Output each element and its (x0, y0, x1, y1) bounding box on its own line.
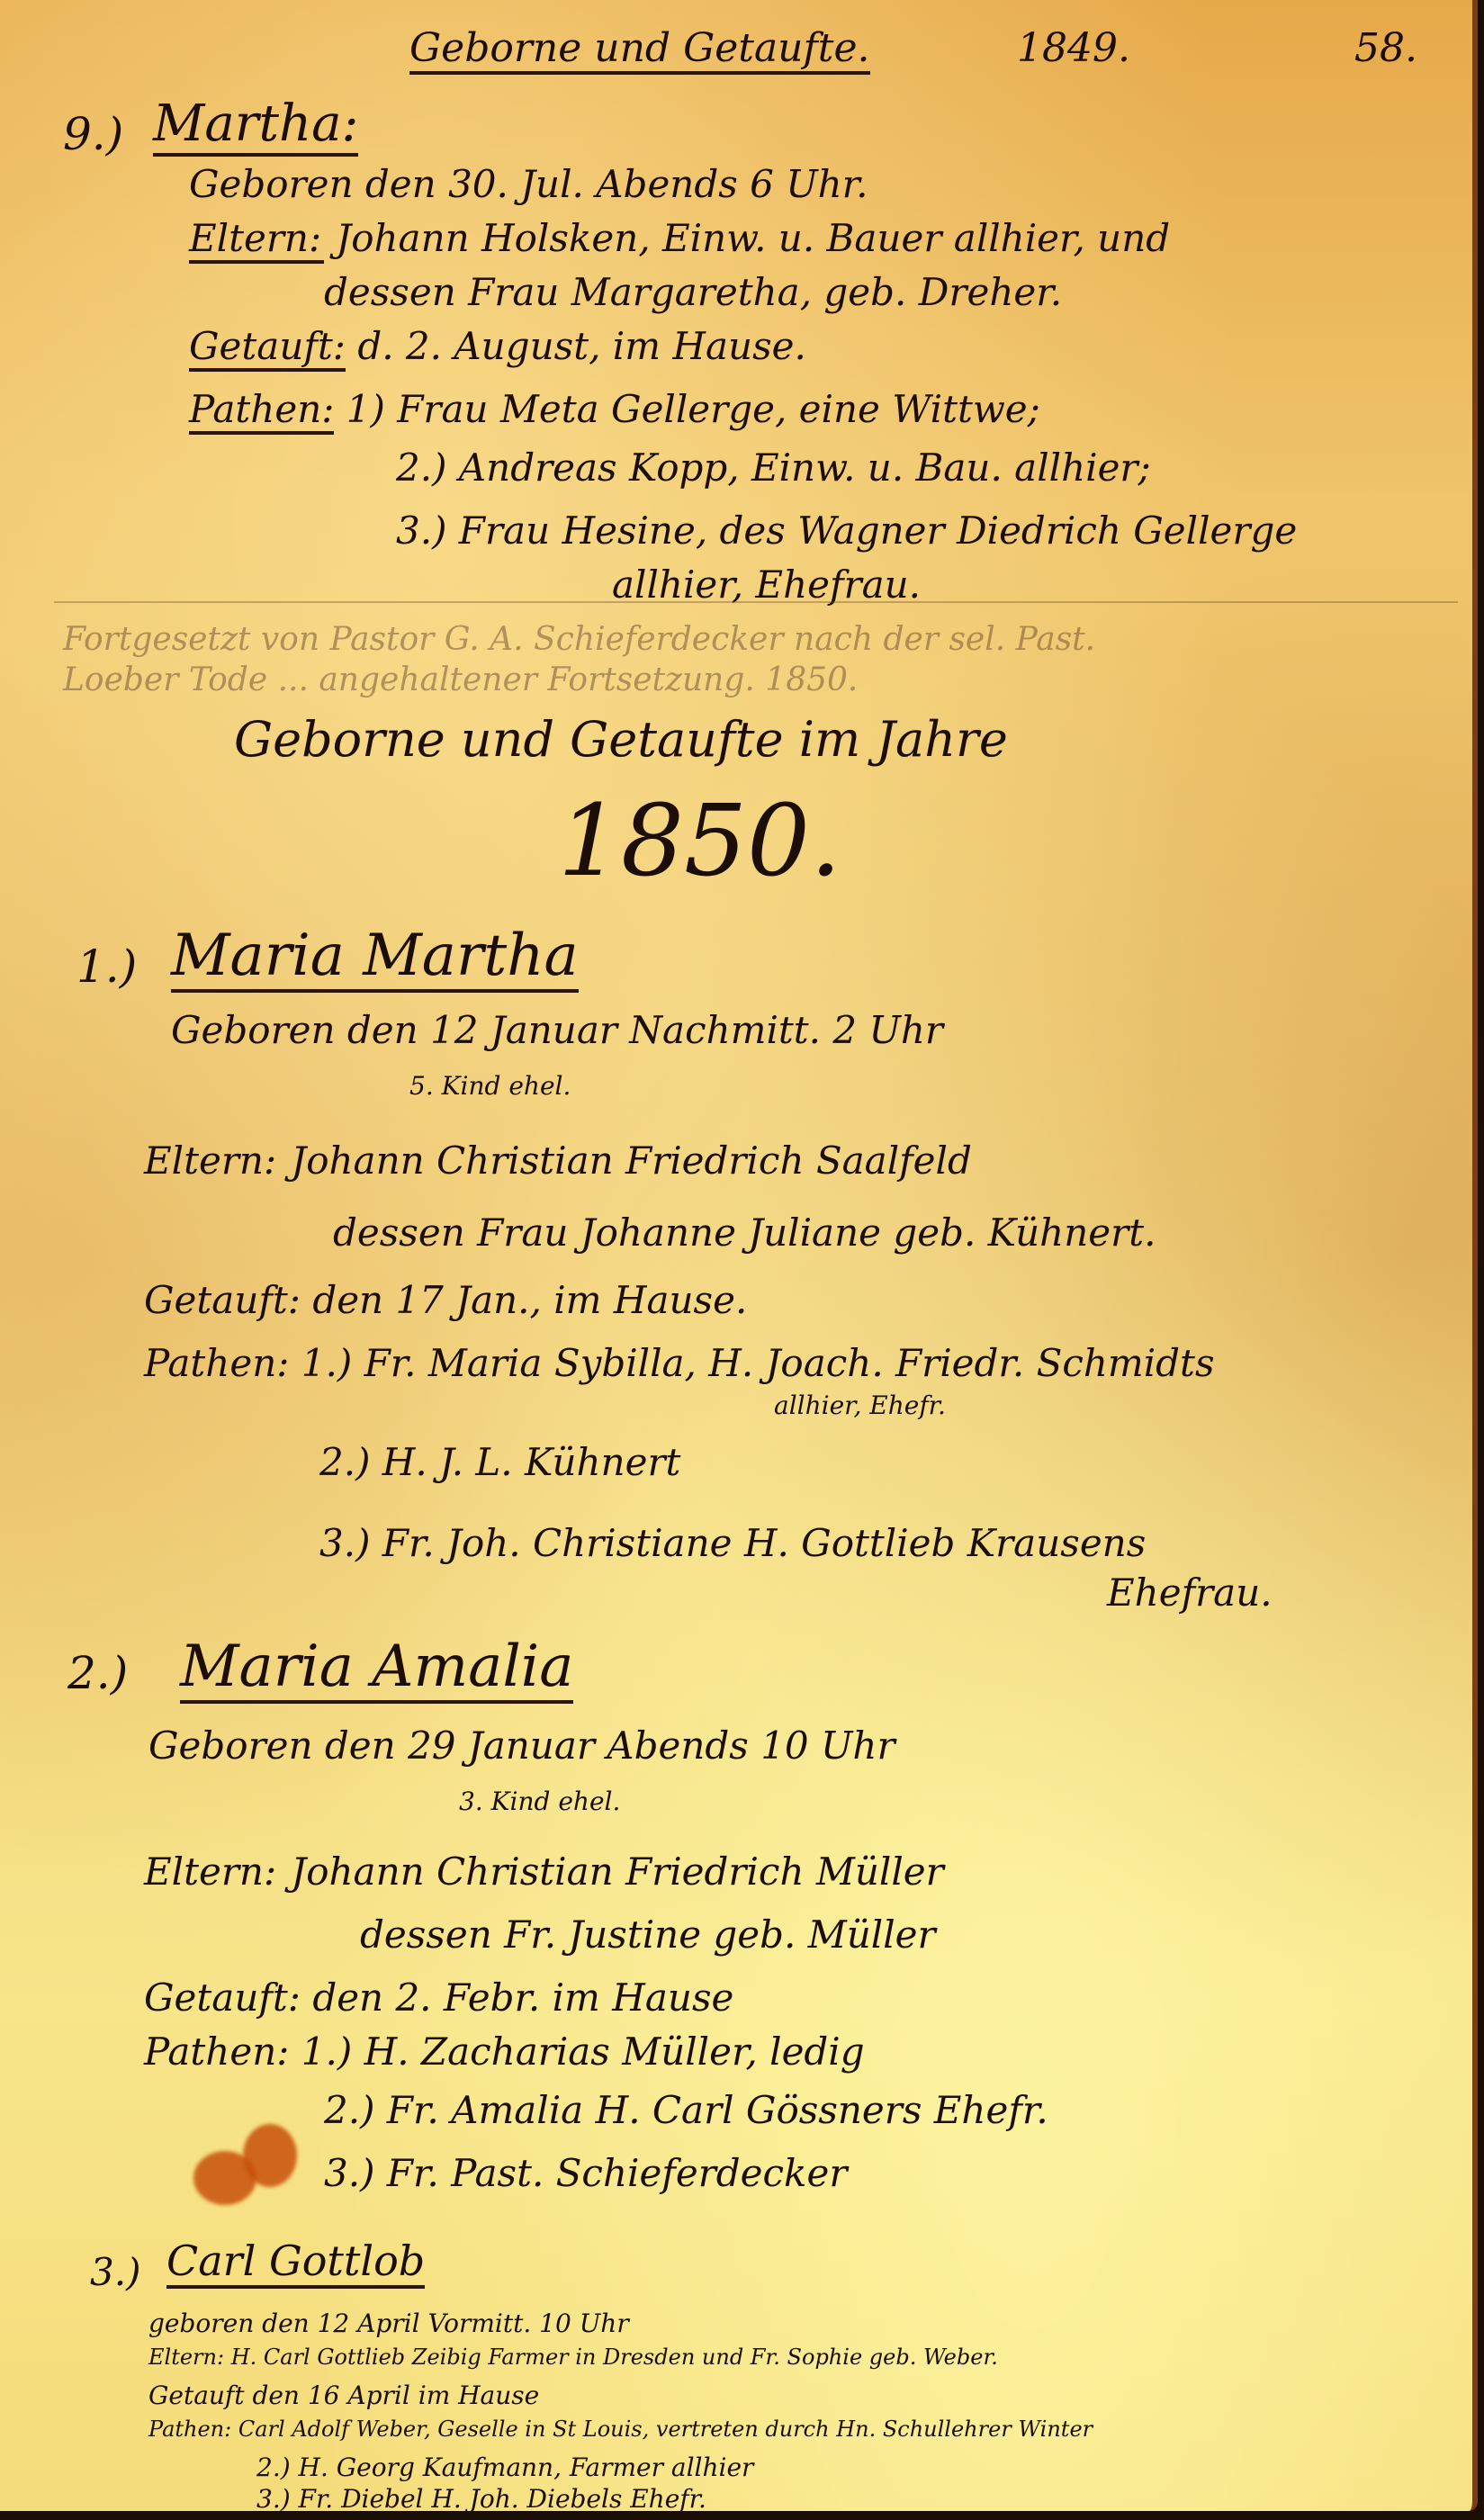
parents-label: Eltern: (148, 2344, 224, 2370)
baptized-row: Getauft den 16 April im Hause (148, 2380, 539, 2410)
register-page: Geborne und Getaufte. 1849. 58. 9.) Mart… (0, 0, 1478, 2511)
sponsor-3: 3.) Fr. Past. Schieferdecker (324, 2151, 847, 2195)
sponsors-label: Pathen: (148, 2416, 231, 2442)
baptized-value: den 16 April im Hause (252, 2380, 539, 2410)
sponsor-2: 2.) Fr. Amalia H. Carl Gössners Ehefr. (324, 2088, 1048, 2132)
parents-line-2: dessen Frau Margaretha, geb. Dreher. (324, 270, 1062, 314)
born-label: Geboren (148, 1723, 313, 1768)
sponsor-1: Carl Adolf Weber, Geselle in St Louis, v… (238, 2416, 1093, 2442)
sponsors-label: Pathen: (189, 387, 334, 435)
sponsors-label: Pathen: (144, 2029, 289, 2074)
parents-label: Eltern: (144, 1849, 279, 1894)
continuation-note-line-2: Loeber Tode ... angehaltener Fortsetzung… (63, 661, 858, 698)
ink-stain (243, 2124, 297, 2187)
baptized-value: den 17 Jan., im Hause. (312, 1278, 747, 1322)
baptized-label: Getauft: (144, 1278, 301, 1322)
born-label: Geboren (189, 162, 354, 206)
page-header-title: Geborne und Getaufte. (409, 25, 870, 75)
born-label: geboren (148, 2308, 254, 2338)
sponsors-row: Pathen: 1.) Fr. Maria Sybilla, H. Joach.… (144, 1341, 1215, 1385)
born-value: den 30. Jul. Abends 6 Uhr. (365, 162, 868, 206)
entry-number: 2.) (67, 1647, 128, 1699)
entry-name: Martha: (153, 94, 358, 157)
page-header-year: 1849. (1017, 25, 1130, 71)
section-year: 1850. (558, 783, 841, 898)
born-row: Geboren den 29 Januar Abends 10 Uhr (148, 1723, 895, 1768)
parents-value: H. Carl Gottlieb Zeibig Farmer in Dresde… (231, 2344, 998, 2370)
entry-name: Maria Martha (171, 922, 579, 993)
sponsor-1: 1.) H. Zacharias Müller, ledig (301, 2029, 865, 2074)
sponsor-3-cont: allhier, Ehefrau. (612, 562, 921, 607)
sponsor-3: 3.) Fr. Diebel H. Joh. Diebels Ehefr. (256, 2484, 706, 2514)
parents-label: Eltern: (189, 216, 324, 264)
baptized-label: Getauft: (189, 324, 346, 372)
baptized-row: Getauft: den 17 Jan., im Hause. (144, 1278, 747, 1322)
child-note: 3. Kind ehel. (459, 1786, 620, 1816)
baptized-label: Getauft: (144, 1975, 301, 2020)
born-row: Geboren den 30. Jul. Abends 6 Uhr. (189, 162, 868, 206)
entry-number: 3.) (90, 2250, 140, 2294)
parents-row: Eltern: H. Carl Gottlieb Zeibig Farmer i… (148, 2344, 998, 2370)
parents-row: Eltern: Johann Christian Friedrich Saalf… (144, 1138, 972, 1183)
sponsor-2: 2.) Andreas Kopp, Einw. u. Bau. allhier; (396, 445, 1151, 490)
sponsors-label: Pathen: (144, 1341, 289, 1385)
born-value: den 12 Januar Nachmitt. 2 Uhr (347, 1008, 943, 1052)
baptized-row: Getauft: den 2. Febr. im Hause (144, 1975, 733, 2020)
parents-row: Eltern: Johann Christian Friedrich Mülle… (144, 1849, 944, 1894)
born-label: Geboren (171, 1008, 336, 1052)
sponsors-row: Pathen: Carl Adolf Weber, Geselle in St … (148, 2416, 1093, 2442)
sponsor-3-cont: Ehefrau. (1107, 1570, 1273, 1615)
sponsor-1-cont: allhier, Ehefr. (774, 1390, 946, 1420)
section-divider (54, 601, 1458, 603)
entry-name: Maria Amalia (180, 1633, 573, 1704)
sponsors-row: Pathen: 1.) H. Zacharias Müller, ledig (144, 2029, 865, 2074)
child-note: 5. Kind ehel. (409, 1071, 571, 1101)
entry-number: 9.) (63, 108, 123, 160)
baptized-value: d. 2. August, im Hause. (357, 324, 806, 368)
parents-line-2: dessen Fr. Justine geb. Müller (360, 1912, 936, 1957)
page-number: 58. (1354, 25, 1417, 71)
born-value: den 12 April Vormitt. 10 Uhr (262, 2308, 629, 2338)
sponsor-2: 2.) H. J. L. Kühnert (319, 1440, 680, 1484)
sponsors-row: Pathen: 1) Frau Meta Gellerge, eine Witt… (189, 387, 1040, 435)
born-value: den 29 Januar Abends 10 Uhr (325, 1723, 895, 1768)
parents-value: Johann Holsken, Einw. u. Bauer allhier, … (336, 216, 1170, 260)
parents-value: Johann Christian Friedrich Saalfeld (291, 1138, 972, 1183)
born-row: geboren den 12 April Vormitt. 10 Uhr (148, 2308, 629, 2338)
section-heading: Geborne und Getaufte im Jahre (234, 711, 1008, 768)
baptized-value: den 2. Febr. im Hause (312, 1975, 733, 2020)
sponsor-3: 3.) Fr. Joh. Christiane H. Gottlieb Krau… (319, 1521, 1146, 1565)
continuation-note-line-1: Fortgesetzt von Pastor G. A. Schieferdec… (63, 621, 1095, 658)
baptized-row: Getauft: d. 2. August, im Hause. (189, 324, 806, 372)
sponsor-2: 2.) H. Georg Kaufmann, Farmer allhier (256, 2452, 753, 2482)
parents-label: Eltern: (144, 1138, 279, 1183)
entry-name: Carl Gottlob (166, 2236, 425, 2289)
parents-value: Johann Christian Friedrich Müller (291, 1849, 943, 1894)
sponsor-1: 1.) Fr. Maria Sybilla, H. Joach. Friedr.… (301, 1341, 1215, 1385)
entry-number: 1.) (76, 940, 137, 993)
sponsor-3: 3.) Frau Hesine, des Wagner Diedrich Gel… (396, 508, 1297, 553)
baptized-label: Getauft (148, 2380, 245, 2410)
parents-line-2: dessen Frau Johanne Juliane geb. Kühnert… (333, 1210, 1156, 1255)
parents-row: Eltern: Johann Holsken, Einw. u. Bauer a… (189, 216, 1170, 264)
born-row: Geboren den 12 Januar Nachmitt. 2 Uhr (171, 1008, 943, 1052)
sponsor-1: 1) Frau Meta Gellerge, eine Wittwe; (346, 387, 1040, 431)
